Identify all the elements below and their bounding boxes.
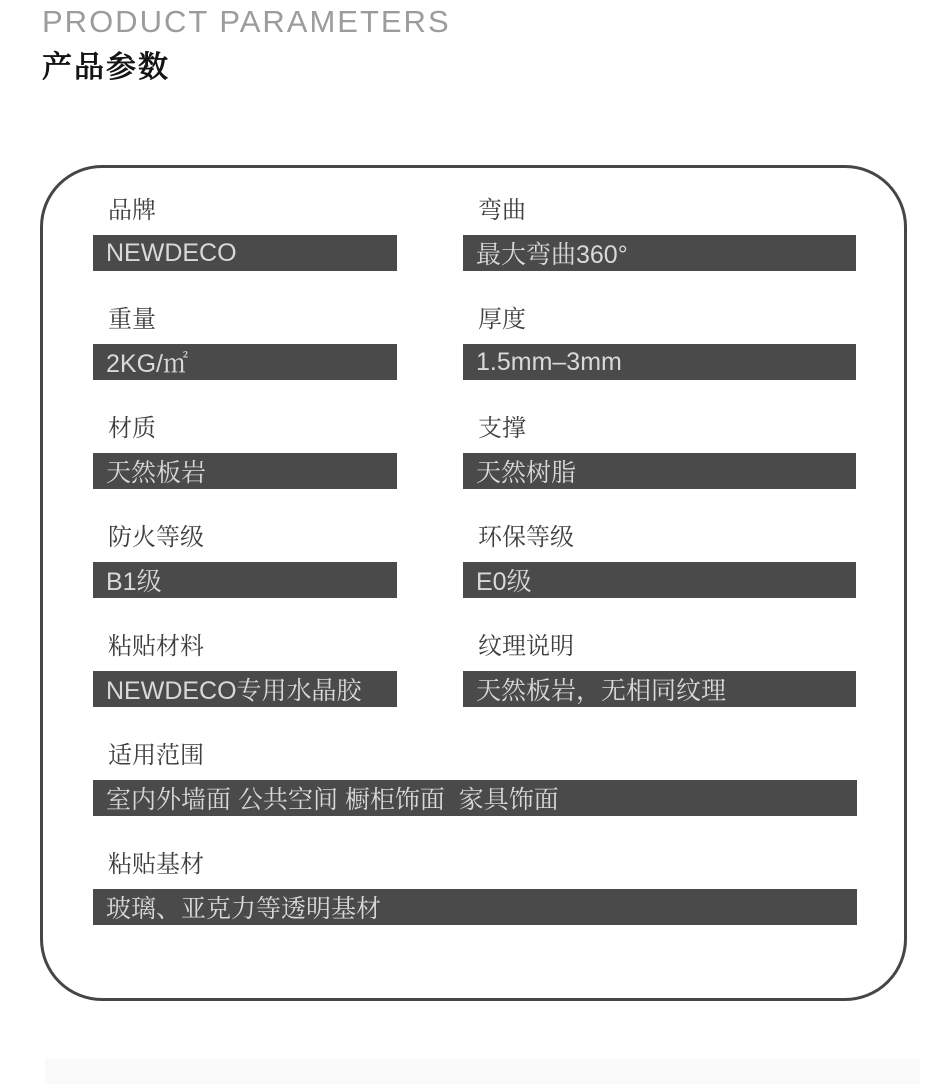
param-applicable-range: 适用范围 室内外墙面 公共空间 橱柜饰面 家具饰面 <box>93 741 904 816</box>
section-title-en: PRODUCT PARAMETERS <box>42 4 451 40</box>
param-value-bar: 最大弯曲360° <box>463 235 856 271</box>
param-value-bar: 室内外墙面 公共空间 橱柜饰面 家具饰面 <box>93 780 857 816</box>
param-label: 防火等级 <box>93 523 463 553</box>
param-weight: 重量 2KG/㎡ <box>93 305 463 380</box>
param-value-bar: 天然板岩，无相同纹理 <box>463 671 856 707</box>
param-label: 材质 <box>93 414 463 444</box>
param-row-1: 品牌 NEWDECO 弯曲 最大弯曲360° <box>93 196 904 305</box>
param-bending: 弯曲 最大弯曲360° <box>463 196 904 271</box>
section-header: PRODUCT PARAMETERS 产品参数 <box>42 4 451 86</box>
param-row-4: 防火等级 B1级 环保等级 E0级 <box>93 523 904 632</box>
parameters-box: 品牌 NEWDECO 弯曲 最大弯曲360° 重量 2KG/㎡ 厚度 1.5mm… <box>40 165 907 1001</box>
param-label: 粘贴材料 <box>93 632 463 662</box>
param-eco-rating: 环保等级 E0级 <box>463 523 904 598</box>
section-title-zh: 产品参数 <box>42 50 451 86</box>
param-row-5: 粘贴材料 NEWDECO专用水晶胶 纹理说明 天然板岩，无相同纹理 <box>93 632 904 741</box>
param-label: 支撑 <box>463 414 904 444</box>
param-row-2: 重量 2KG/㎡ 厚度 1.5mm–3mm <box>93 305 904 414</box>
param-support: 支撑 天然树脂 <box>463 414 904 489</box>
param-row-3: 材质 天然板岩 支撑 天然树脂 <box>93 414 904 523</box>
param-value-bar: 1.5mm–3mm <box>463 344 856 380</box>
param-value-bar: 天然树脂 <box>463 453 856 489</box>
param-thickness: 厚度 1.5mm–3mm <box>463 305 904 380</box>
param-label: 重量 <box>93 305 463 335</box>
param-label: 环保等级 <box>463 523 904 553</box>
param-label: 品牌 <box>93 196 463 226</box>
param-fire-rating: 防火等级 B1级 <box>93 523 463 598</box>
param-label: 厚度 <box>463 305 904 335</box>
param-value-bar: B1级 <box>93 562 397 598</box>
param-adhesive: 粘贴材料 NEWDECO专用水晶胶 <box>93 632 463 707</box>
param-brand: 品牌 NEWDECO <box>93 196 463 271</box>
param-value-bar: NEWDECO专用水晶胶 <box>93 671 397 707</box>
param-value-bar: 2KG/㎡ <box>93 344 397 380</box>
param-value-bar: 玻璃、亚克力等透明基材 <box>93 889 857 925</box>
param-label: 粘贴基材 <box>93 850 904 880</box>
param-material: 材质 天然板岩 <box>93 414 463 489</box>
param-label: 弯曲 <box>463 196 904 226</box>
param-value-bar: 天然板岩 <box>93 453 397 489</box>
next-section-edge <box>45 1058 920 1084</box>
param-value-bar: E0级 <box>463 562 856 598</box>
product-parameters-section: PRODUCT PARAMETERS 产品参数 品牌 NEWDECO 弯曲 最大… <box>0 0 950 1084</box>
param-label: 纹理说明 <box>463 632 904 662</box>
param-label: 适用范围 <box>93 741 904 771</box>
param-texture-note: 纹理说明 天然板岩，无相同纹理 <box>463 632 904 707</box>
param-substrate: 粘贴基材 玻璃、亚克力等透明基材 <box>93 850 904 925</box>
param-value-bar: NEWDECO <box>93 235 397 271</box>
